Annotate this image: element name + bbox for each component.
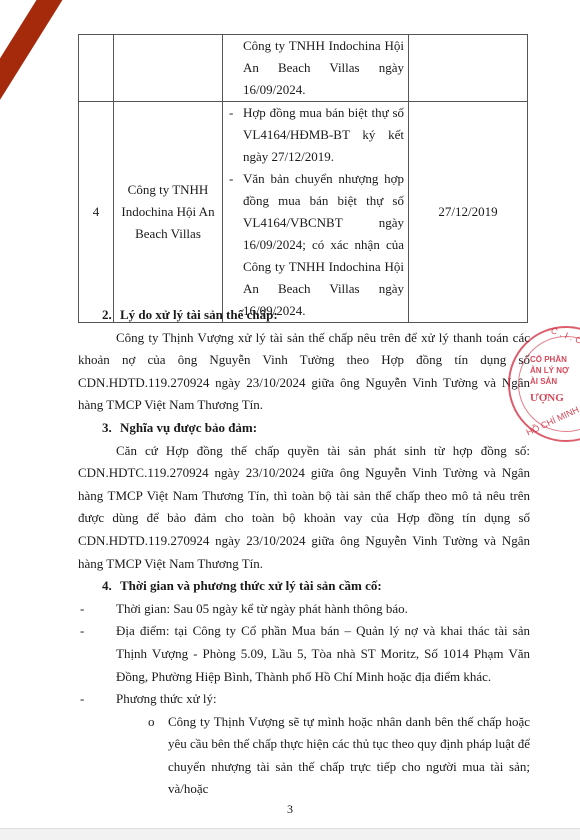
sub-list-item-text: Công ty Thịnh Vượng sẽ tự mình hoặc nhân… bbox=[168, 714, 530, 797]
section-number: 3. bbox=[102, 417, 112, 440]
red-pen-mark bbox=[0, 0, 63, 110]
sub-list-item: oCông ty Thịnh Vượng sẽ tự mình hoặc nhâ… bbox=[78, 711, 530, 801]
list-item: -Địa điểm: tại Công ty Cổ phần Mua bán –… bbox=[78, 620, 530, 688]
section-title: Nghĩa vụ được bảo đảm: bbox=[120, 420, 257, 435]
section-3-heading: 3.Nghĩa vụ được bảo đảm: bbox=[78, 417, 530, 440]
circle-bullet-icon: o bbox=[148, 711, 155, 734]
stamp-arc-bottom: HỒ CHÍ MINH bbox=[525, 404, 580, 437]
doc-item: Hợp đồng mua bán biệt thự số VL4164/HĐMB… bbox=[227, 102, 404, 168]
stamp-center-word: ƯỢNG bbox=[530, 392, 564, 404]
stamp-line: ẢN LÝ NỢ bbox=[530, 365, 569, 376]
section-2-paragraph: Công ty Thịnh Vượng xử lý tài sản thế ch… bbox=[78, 327, 530, 417]
stamp-lines: CỔ PHẦN ẢN LÝ NỢ ÀI SẢN bbox=[530, 354, 569, 387]
owner-cell: Công ty TNHH Indochina Hội An Beach Vill… bbox=[114, 102, 223, 323]
table-row: Công ty TNHH Indochina Hội An Beach Vill… bbox=[79, 35, 528, 102]
stt-cell: 4 bbox=[79, 102, 114, 323]
stamp-line: ÀI SẢN bbox=[530, 376, 569, 387]
dash-bullet: - bbox=[80, 598, 84, 621]
section-number: 2. bbox=[102, 304, 112, 327]
doc-item: Văn bản chuyển nhượng hợp đồng mua bán b… bbox=[227, 168, 404, 322]
list-item: -Phương thức xử lý: bbox=[78, 688, 530, 711]
section-title: Lý do xử lý tài sản thế chấp: bbox=[120, 307, 278, 322]
owner-name: Công ty TNHH Indochina Hội An Beach Vill… bbox=[114, 179, 222, 245]
date-cell bbox=[409, 35, 528, 102]
dash-bullet: - bbox=[80, 620, 84, 643]
section-number: 4. bbox=[102, 575, 112, 598]
assets-table: Công ty TNHH Indochina Hội An Beach Vill… bbox=[78, 34, 528, 323]
section-4-heading: 4.Thời gian và phương thức xử lý tài sản… bbox=[78, 575, 530, 598]
docs-list: Hợp đồng mua bán biệt thự số VL4164/HĐMB… bbox=[227, 102, 404, 322]
dash-bullet: - bbox=[80, 688, 84, 711]
docs-continuation: Công ty TNHH Indochina Hội An Beach Vill… bbox=[227, 35, 404, 101]
stamp-arc-top: C.I.C. bbox=[550, 325, 580, 348]
list-item: -Thời gian: Sau 05 ngày kể từ ngày phát … bbox=[78, 598, 530, 621]
stt-cell bbox=[79, 35, 114, 102]
document-body: 2.Lý do xử lý tài sản thế chấp: Công ty … bbox=[78, 304, 530, 801]
page-number: 3 bbox=[0, 802, 580, 817]
document-page: Công ty TNHH Indochina Hội An Beach Vill… bbox=[0, 0, 580, 829]
date-cell: 27/12/2019 bbox=[409, 102, 528, 323]
list-item-text: Thời gian: Sau 05 ngày kể từ ngày phát h… bbox=[116, 601, 408, 616]
section-title: Thời gian và phương thức xử lý tài sản c… bbox=[120, 578, 382, 593]
stamp-line: CỔ PHẦN bbox=[530, 354, 569, 365]
list-item-text: Phương thức xử lý: bbox=[116, 691, 217, 706]
list-item-text: Địa điểm: tại Công ty Cổ phần Mua bán – … bbox=[116, 623, 530, 683]
docs-cell: Công ty TNHH Indochina Hội An Beach Vill… bbox=[223, 35, 409, 102]
section-3-paragraph: Căn cứ Hợp đồng thế chấp quyền tài sản p… bbox=[78, 440, 530, 576]
table-row: 4 Công ty TNHH Indochina Hội An Beach Vi… bbox=[79, 102, 528, 323]
docs-cell: Hợp đồng mua bán biệt thự số VL4164/HĐMB… bbox=[223, 102, 409, 323]
owner-cell bbox=[114, 35, 223, 102]
section-2-heading: 2.Lý do xử lý tài sản thế chấp: bbox=[78, 304, 530, 327]
